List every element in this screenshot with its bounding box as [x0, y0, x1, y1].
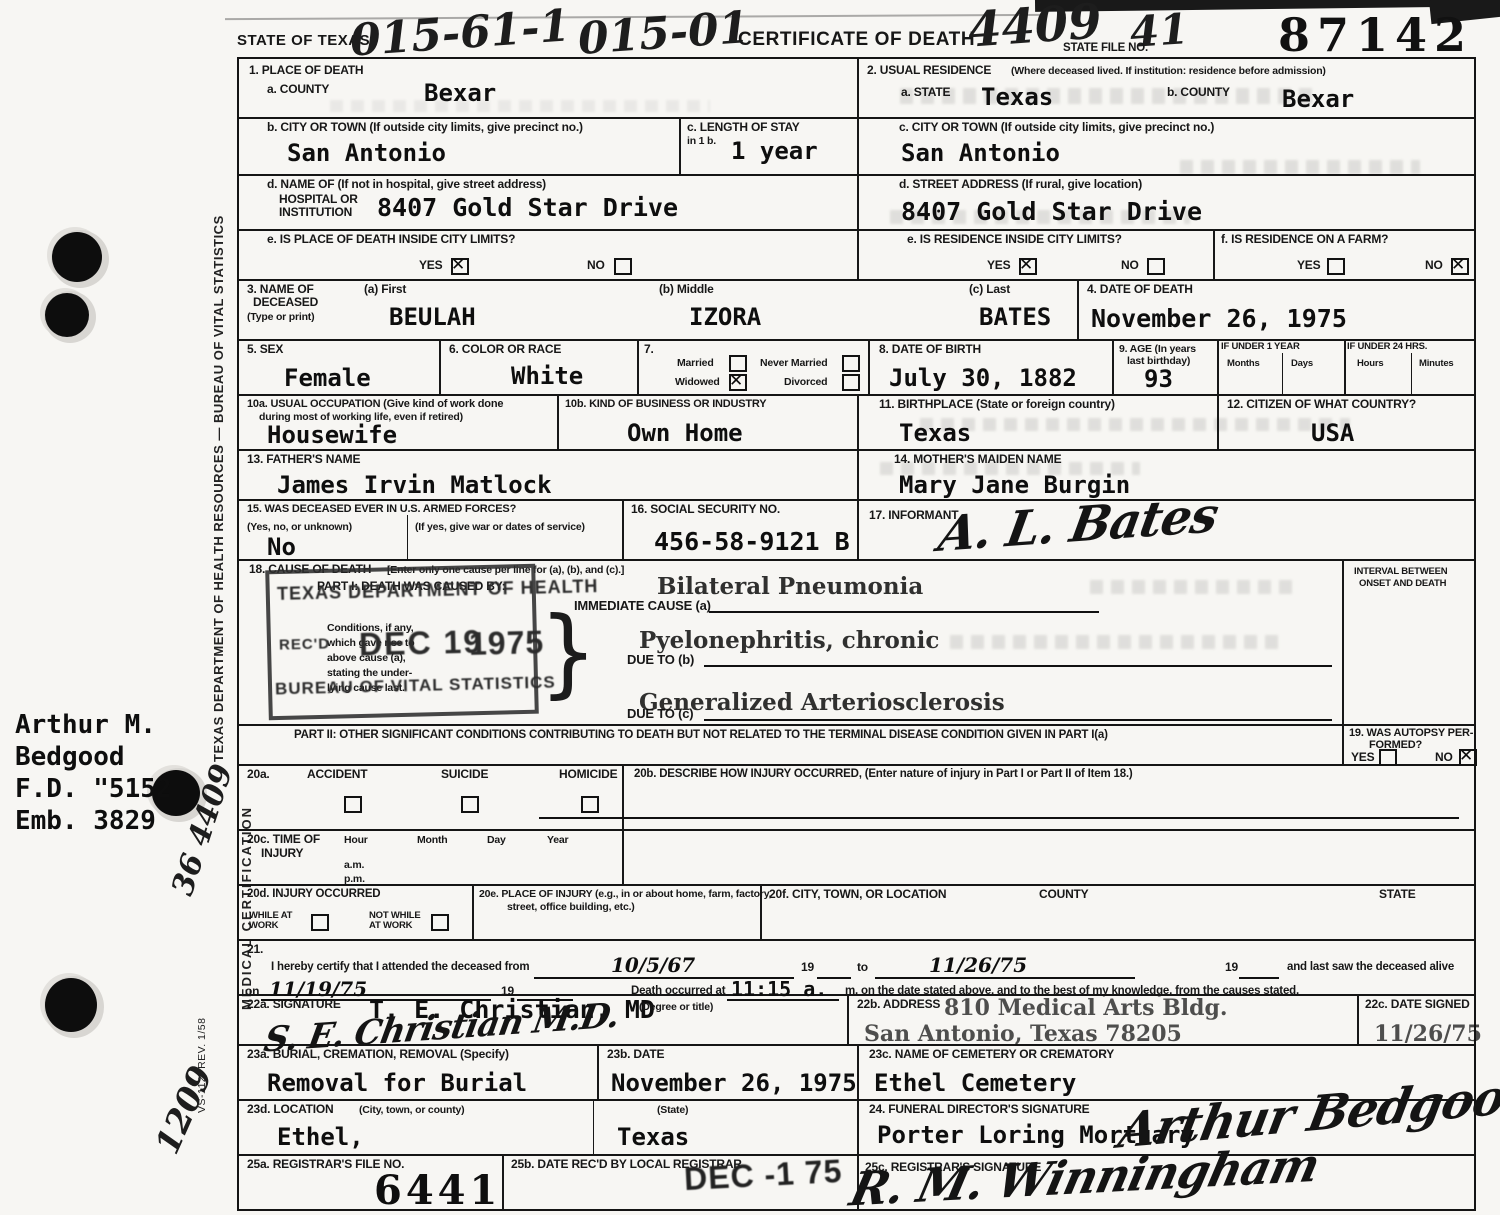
field-3c-last-value: BATES: [979, 305, 1051, 329]
field-1-place-of-death-label: 1. PLACE OF DEATH: [249, 64, 363, 78]
field-2a-state-value: Texas: [981, 85, 1053, 109]
field-20a-homicide-checkbox: [581, 796, 599, 813]
field-22c-date-signed-label: 22c. DATE SIGNED: [1365, 998, 1470, 1012]
informant-signature: A. L. Bates: [935, 491, 1221, 559]
year-19-a: 19: [801, 961, 814, 975]
field-under-24-hrs-label: IF UNDER 24 HRS.: [1347, 342, 1427, 353]
field-20c-label2: INJURY: [261, 847, 303, 861]
field-10a-occupation-value: Housewife: [267, 423, 397, 447]
field-23c-cemetery-label: 23c. NAME OF CEMETERY OR CREMATORY: [869, 1048, 1114, 1062]
field-12-citizen-value: USA: [1311, 421, 1354, 445]
received-stamp-date: DEC 19: [359, 625, 484, 660]
field-1c-length-of-stay-sub: in 1 b.: [687, 135, 716, 147]
cause-b-value: Pyelonephritis, chronic: [639, 629, 939, 652]
field-20c-year-label: Year: [547, 834, 568, 846]
field-13-father-value: James Irvin Matlock: [277, 473, 552, 497]
local-registrar-date-stamp: DEC -1 75: [683, 1155, 843, 1195]
part2-label: PART II: OTHER SIGNIFICANT CONDITIONS CO…: [294, 729, 1108, 742]
field-12-citizen-label: 12. CITIZEN OF WHAT COUNTRY?: [1227, 398, 1416, 412]
field-2-usual-residence-label: 2. USUAL RESIDENCE: [867, 64, 991, 78]
field-20a-label: 20a.: [247, 768, 270, 782]
field-25a-registrar-file-value: 6441: [374, 1171, 501, 1211]
field-20d-while-2: WORK: [249, 921, 278, 932]
field-20c-hour-label: Hour: [344, 834, 368, 846]
field-2f-no-label: NO: [1425, 259, 1443, 273]
field-20a-accident-label: ACCIDENT: [307, 768, 367, 782]
field-1a-county-value: Bexar: [424, 81, 496, 105]
field-22c-date-signed-value: 11/26/75: [1374, 1023, 1482, 1045]
field-20f-state-label: STATE: [1379, 888, 1416, 902]
field-months-label: Months: [1227, 359, 1260, 370]
field-3c-last-label: (c) Last: [969, 283, 1010, 297]
hole-punch: [45, 978, 97, 1032]
field-6-race-label: 6. COLOR OR RACE: [449, 343, 561, 357]
field-days-label: Days: [1291, 359, 1313, 370]
registrar-signature: R. M. Winningham: [846, 1141, 1324, 1212]
hole-punch: [45, 293, 89, 337]
field-2b-county-label: b. COUNTY: [1167, 86, 1230, 100]
field-23b-date-label: 23b. DATE: [607, 1048, 664, 1062]
field-9-age-label: 9. AGE (In years: [1119, 343, 1196, 355]
cause-c-value: Generalized Arteriosclerosis: [639, 691, 1005, 714]
field-22a-degree-label: (Degree or title): [639, 1001, 713, 1013]
death-time-value: 11:15 a.: [731, 979, 827, 999]
field-20a-suicide-label: SUICIDE: [441, 768, 488, 782]
interval-label-2: ONSET AND DEATH: [1359, 579, 1446, 590]
field-23d-sub2: (State): [657, 1104, 688, 1116]
last-saw-date: 11/19/75: [269, 979, 367, 999]
stamped-certificate-number: 87142: [1278, 12, 1473, 58]
field-5-sex-value: Female: [284, 366, 371, 390]
field-3-type-print-label: (Type or print): [247, 311, 314, 323]
field-16-ssn-label: 16. SOCIAL SECURITY NO.: [631, 503, 780, 517]
handwritten-code-1: 015-61-1: [349, 4, 572, 63]
field-20e-label2: street, office building, etc.): [507, 901, 635, 913]
field-9-age-value: 93: [1144, 367, 1173, 391]
field-2-usual-residence-paren: (Where deceased lived. If institution: r…: [1011, 65, 1326, 77]
field-10b-industry-value: Own Home: [627, 421, 743, 445]
field-7-married-label: Married: [677, 357, 714, 369]
field-22b-address-line2: San Antonio, Texas 78205: [864, 1023, 1182, 1045]
field-23b-date-value: November 26, 1975: [611, 1071, 857, 1095]
field-4-date-of-death-label: 4. DATE OF DEATH: [1087, 283, 1193, 297]
field-22b-address-label: 22b. ADDRESS: [857, 998, 940, 1012]
received-stamp-year: 1975: [469, 626, 545, 660]
field-24-funeral-director-label: 24. FUNERAL DIRECTOR'S SIGNATURE: [869, 1103, 1089, 1117]
field-15-sub1: (Yes, no, or unknown): [247, 521, 352, 533]
field-23a-burial-value: Removal for Burial: [267, 1071, 527, 1095]
field-5-sex-label: 5. SEX: [247, 343, 283, 357]
field-13-father-label: 13. FATHER'S NAME: [247, 453, 360, 467]
field-8-dob-value: July 30, 1882: [889, 366, 1077, 390]
field-2e-yes-checkbox: [1019, 258, 1037, 275]
field-3b-middle-value: IZORA: [689, 305, 761, 329]
field-7-divorced-label: Divorced: [784, 376, 827, 388]
hole-punch: [52, 232, 102, 282]
margin-note-line: F.D. "5152: [15, 776, 172, 802]
margin-note-line: Emb. 3829: [15, 808, 156, 834]
field-1e-no-checkbox: [614, 258, 632, 275]
field-1b-city-value: San Antonio: [287, 141, 446, 165]
field-6-race-value: White: [511, 364, 583, 388]
field-21-label: 21.: [247, 943, 263, 957]
field-2f-yes-label: YES: [1297, 259, 1320, 273]
vertical-agency-label: TEXAS DEPARTMENT OF HEALTH RESOURCES — B…: [212, 222, 225, 762]
field-1e-yes-label: YES: [419, 259, 442, 273]
margin-note-line: Arthur M.: [15, 712, 156, 738]
field-23d-state-value: Texas: [617, 1125, 689, 1149]
field-2d-street-value: 8407 Gold Star Drive: [901, 199, 1202, 224]
field-7-never-married-checkbox: [842, 355, 860, 372]
certificate-title: CERTIFICATE OF DEATH: [738, 29, 975, 51]
field-3a-first-label: (a) First: [364, 283, 406, 297]
field-7-widowed-checkbox: [729, 374, 747, 391]
field-20f-label: 20f. CITY, TOWN, OR LOCATION: [769, 888, 946, 902]
field-14-mother-label: 14. MOTHER'S MAIDEN NAME: [894, 453, 1061, 467]
field-20a-homicide-label: HOMICIDE: [559, 768, 617, 782]
handwritten-code-2: 015-01: [577, 6, 751, 62]
death-certificate-scan: Arthur M. Bedgood F.D. "5152 Emb. 3829 T…: [0, 0, 1500, 1215]
field-11-birthplace-value: Texas: [899, 421, 971, 445]
field-2e-yes-label: YES: [987, 259, 1010, 273]
certify-text: I hereby certify that I attended the dec…: [271, 961, 529, 974]
field-23d-city-value: Ethel,: [277, 1125, 364, 1149]
field-1e-yes-checkbox: [451, 258, 469, 275]
field-2e-no-checkbox: [1147, 258, 1165, 275]
field-20f-county-label: COUNTY: [1039, 888, 1088, 902]
field-2f-yes-checkbox: [1327, 258, 1345, 275]
field-20d-while-checkbox: [311, 914, 329, 931]
field-20c-day-label: Day: [487, 834, 506, 846]
field-7-never-married-label: Never Married: [760, 357, 827, 369]
cause-a-value: Bilateral Pneumonia: [657, 575, 923, 598]
field-20a-accident-checkbox: [344, 796, 362, 813]
field-19-no-label: NO: [1435, 751, 1453, 765]
certificate-form: 1. PLACE OF DEATH a. COUNTY Bexar 2. USU…: [237, 57, 1476, 1211]
due-to-b-label: DUE TO (b): [627, 653, 694, 668]
field-23d-location-label: 23d. LOCATION: [247, 1103, 334, 1117]
field-2f-farm-label: f. IS RESIDENCE ON A FARM?: [1221, 233, 1388, 247]
field-11-birthplace-label: 11. BIRTHPLACE (State or foreign country…: [879, 398, 1115, 412]
field-20d-notwhile-checkbox: [431, 914, 449, 931]
field-23d-sub1: (City, town, or county): [359, 1104, 464, 1116]
field-20c-month-label: Month: [417, 834, 448, 846]
field-1d-institution: INSTITUTION: [279, 206, 352, 220]
field-20e-label: 20e. PLACE OF INJURY (e.g., in or about …: [479, 888, 771, 900]
field-2f-no-checkbox: [1451, 258, 1469, 275]
field-7-married-checkbox: [729, 355, 747, 372]
field-19-no-checkbox: [1459, 749, 1477, 766]
state-file-no-label: STATE FILE NO.: [1063, 42, 1148, 55]
field-15-value: No: [267, 535, 296, 559]
field-2c-city-value: San Antonio: [901, 141, 1060, 165]
field-3b-middle-label: (b) Middle: [659, 283, 714, 297]
field-14-mother-value: Mary Jane Burgin: [899, 473, 1130, 497]
attended-to-date: 11/26/75: [929, 955, 1027, 975]
field-10a-occupation-label: 10a. USUAL OCCUPATION (Give kind of work…: [247, 398, 503, 411]
field-20c-pm-label: p.m.: [344, 873, 365, 885]
field-23a-burial-label: 23a. BURIAL, CREMATION, REMOVAL (Specify…: [247, 1048, 509, 1062]
field-20d-notwhile-2: AT WORK: [369, 921, 412, 932]
field-4-date-of-death-value: November 26, 1975: [1091, 306, 1347, 331]
field-22a-signature-label: 22a. SIGNATURE: [247, 998, 341, 1012]
field-20c-am-label: a.m.: [344, 859, 364, 871]
field-1e-no-label: NO: [587, 259, 605, 273]
margin-note-line: Bedgood: [15, 744, 125, 770]
field-1b-city-label: b. CITY OR TOWN (If outside city limits,…: [267, 121, 583, 135]
field-20d-label: 20d. INJURY OCCURRED: [247, 888, 380, 901]
to-word: to: [857, 961, 868, 975]
attended-from-date: 10/5/67: [611, 955, 695, 975]
field-3a-first-value: BEULAH: [389, 305, 476, 329]
field-2a-state-label: a. STATE: [901, 86, 950, 100]
field-20a-suicide-checkbox: [461, 796, 479, 813]
field-2e-no-label: NO: [1121, 259, 1139, 273]
field-1a-county-label: a. COUNTY: [267, 83, 329, 97]
field-minutes-label: Minutes: [1419, 359, 1454, 370]
field-under-1-year-label: IF UNDER 1 YEAR: [1221, 342, 1300, 353]
field-2d-street-label: d. STREET ADDRESS (If rural, give locati…: [899, 178, 1142, 192]
field-16-ssn-value: 456-58-9121 B: [654, 529, 850, 554]
field-hours-label: Hours: [1357, 359, 1383, 370]
field-10b-industry-label: 10b. KIND OF BUSINESS OR INDUSTRY: [565, 398, 766, 411]
last-saw-alive-text: and last saw the deceased alive: [1287, 961, 1454, 974]
field-22b-address-line1: 810 Medical Arts Bldg.: [944, 997, 1228, 1019]
field-3-deceased-label: DECEASED: [253, 296, 318, 310]
field-20c-label1: 20c. TIME OF: [247, 833, 320, 847]
field-1c-length-of-stay-value: 1 year: [731, 139, 818, 163]
received-stamp-recd: REC'D: [279, 636, 330, 652]
field-2b-county-value: Bexar: [1282, 87, 1354, 111]
field-8-dob-label: 8. DATE OF BIRTH: [879, 343, 981, 357]
field-15-sub2: (If yes, give war or dates of service): [415, 521, 585, 533]
interval-label-1: INTERVAL BETWEEN: [1354, 567, 1447, 578]
field-23c-cemetery-value: Ethel Cemetery: [874, 1071, 1076, 1095]
field-7-widowed-label: Widowed: [675, 376, 720, 388]
field-2c-city-label: c. CITY OR TOWN (If outside city limits,…: [899, 121, 1214, 135]
field-7-divorced-checkbox: [842, 374, 860, 391]
field-20b-label: 20b. DESCRIBE HOW INJURY OCCURRED, (Ente…: [634, 768, 1133, 781]
field-7-label: 7.: [644, 343, 654, 357]
field-19-yes-checkbox: [1379, 749, 1397, 766]
field-1d-institution-value: 8407 Gold Star Drive: [377, 195, 678, 220]
year-19-b: 19: [1225, 961, 1238, 975]
field-1e-city-limits-label: e. IS PLACE OF DEATH INSIDE CITY LIMITS?: [267, 233, 515, 247]
field-19-autopsy-label1: 19. WAS AUTOPSY PER-: [1349, 727, 1473, 740]
field-1d-institution-label: d. NAME OF (If not in hospital, give str…: [267, 178, 546, 192]
field-2e-city-limits-label: e. IS RESIDENCE INSIDE CITY LIMITS?: [907, 233, 1122, 247]
field-15-armed-forces-label: 15. WAS DECEASED EVER IN U.S. ARMED FORC…: [247, 503, 516, 516]
field-19-yes-label: YES: [1351, 751, 1374, 765]
field-1c-length-of-stay-label: c. LENGTH OF STAY: [687, 121, 800, 135]
